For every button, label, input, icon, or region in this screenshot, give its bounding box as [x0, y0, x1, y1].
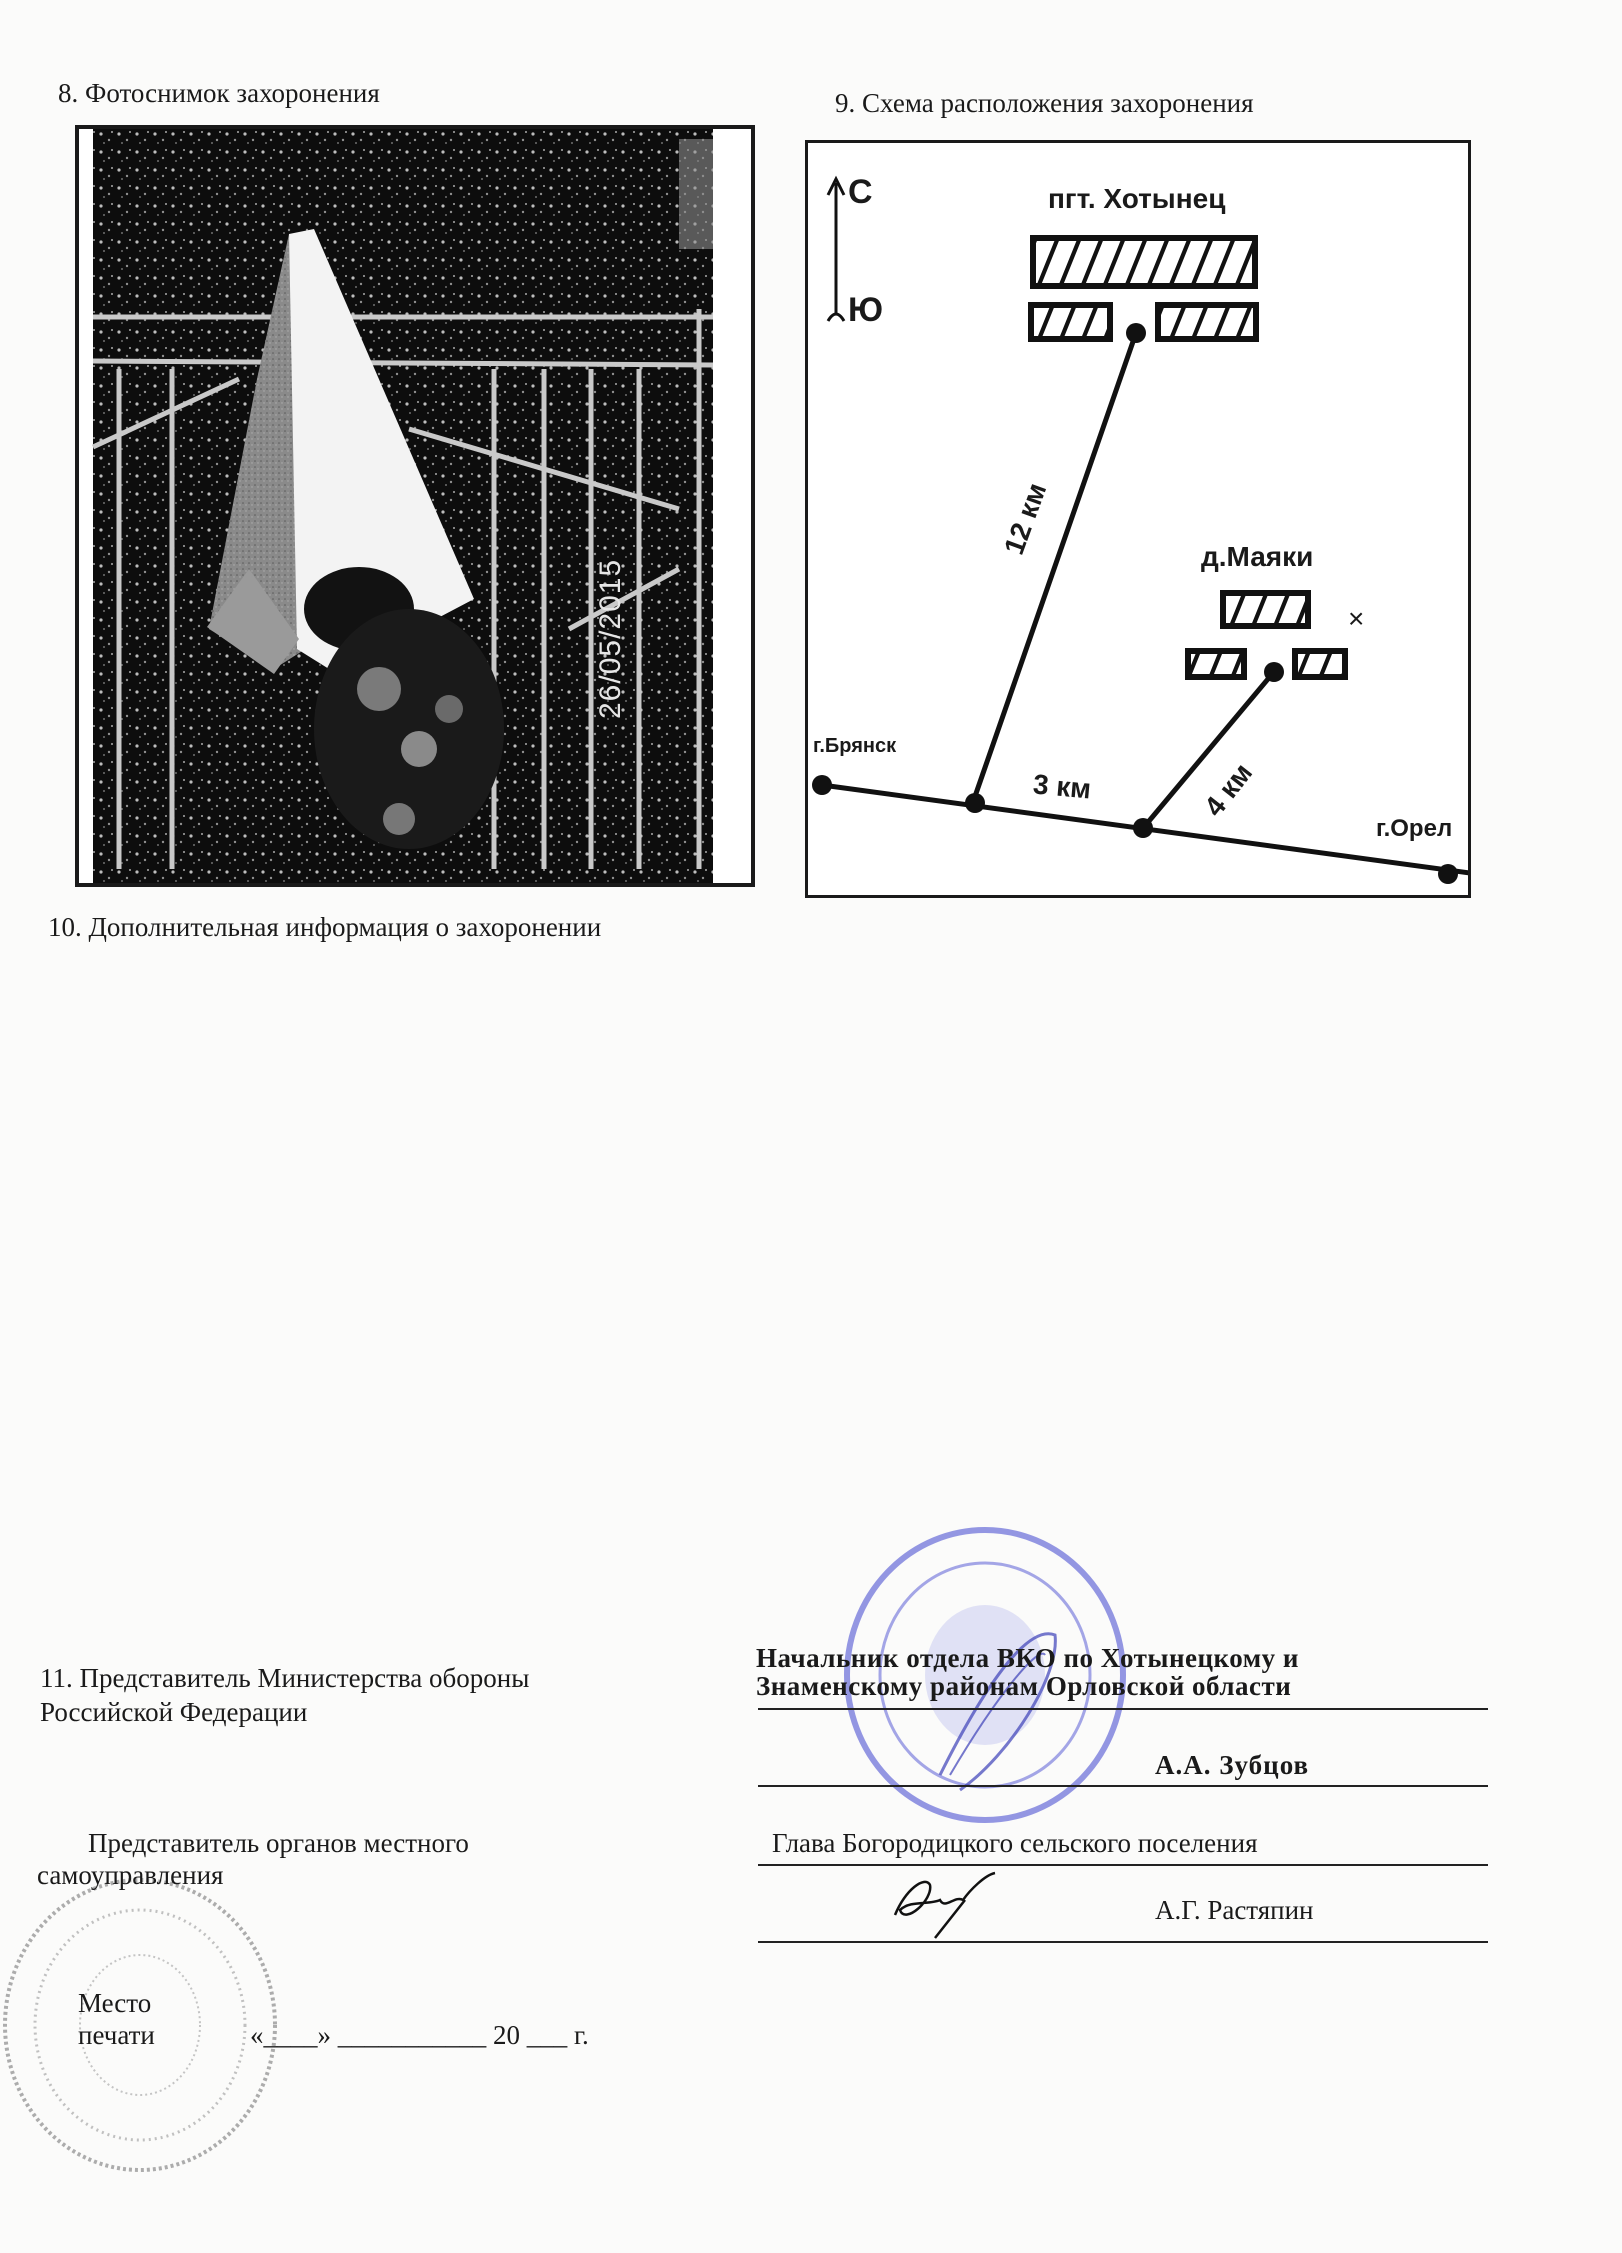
place-mayaki: д.Маяки [1201, 541, 1313, 573]
seal-place-label-line1: Место [78, 1988, 151, 2019]
vko-position-line1: Начальник отдела ВКО по Хотынецкому и [756, 1643, 1299, 1674]
vko-position-line2: Знаменскому районам Орловской области [756, 1671, 1291, 1702]
place-khotynets: пгт. Хотынец [1048, 183, 1225, 215]
compass-icon [828, 179, 844, 321]
location-scheme: С Ю пгт. Хотынец д.Маяки г.Брянск г.Орел… [805, 140, 1471, 898]
khotynets-blocks [1031, 238, 1256, 339]
handwritten-signature [885, 1870, 1005, 1940]
burial-location-marker: × [1348, 603, 1364, 635]
additional-info-title: 10. Дополнительная информация о захороне… [48, 912, 601, 943]
mod-representative-label-line2: Российской Федерации [40, 1697, 307, 1728]
seal-place-label-line2: печати [78, 2020, 155, 2051]
distance-between-junctions: 3 км [1032, 769, 1093, 806]
vko-signature-line[interactable] [758, 1785, 1488, 1787]
vko-signatory-name: А.А. Зубцов [1155, 1750, 1309, 1781]
local-signature-line[interactable] [758, 1941, 1488, 1943]
roads [822, 333, 1468, 874]
mayaki-blocks [1188, 593, 1345, 677]
date-field[interactable]: «____» ___________ 20 ___ г. [250, 2020, 589, 2051]
photo-section-title: 8. Фотоснимок захоронения [58, 78, 380, 109]
photo-date-stamp: 26/05/2015 [594, 559, 628, 719]
compass-north-label: С [848, 173, 873, 212]
vko-position-underline [758, 1708, 1488, 1710]
local-representative-label-line1: Представитель органов местного [88, 1828, 469, 1859]
local-signatory-name: А.Г. Растяпин [1155, 1895, 1314, 1926]
local-representative-label-line2: самоуправления [37, 1860, 223, 1891]
place-orel: г.Орел [1376, 815, 1452, 843]
burial-photo: 26/05/2015 [75, 125, 755, 887]
local-position: Глава Богородицкого сельского поселения [772, 1828, 1258, 1859]
compass-south-label: Ю [848, 291, 883, 330]
local-position-underline [758, 1864, 1488, 1866]
mod-representative-label-line1: 11. Представитель Министерства обороны [40, 1663, 529, 1694]
scheme-section-title: 9. Схема расположения захоронения [835, 88, 1254, 119]
place-bryansk: г.Брянск [813, 735, 896, 758]
